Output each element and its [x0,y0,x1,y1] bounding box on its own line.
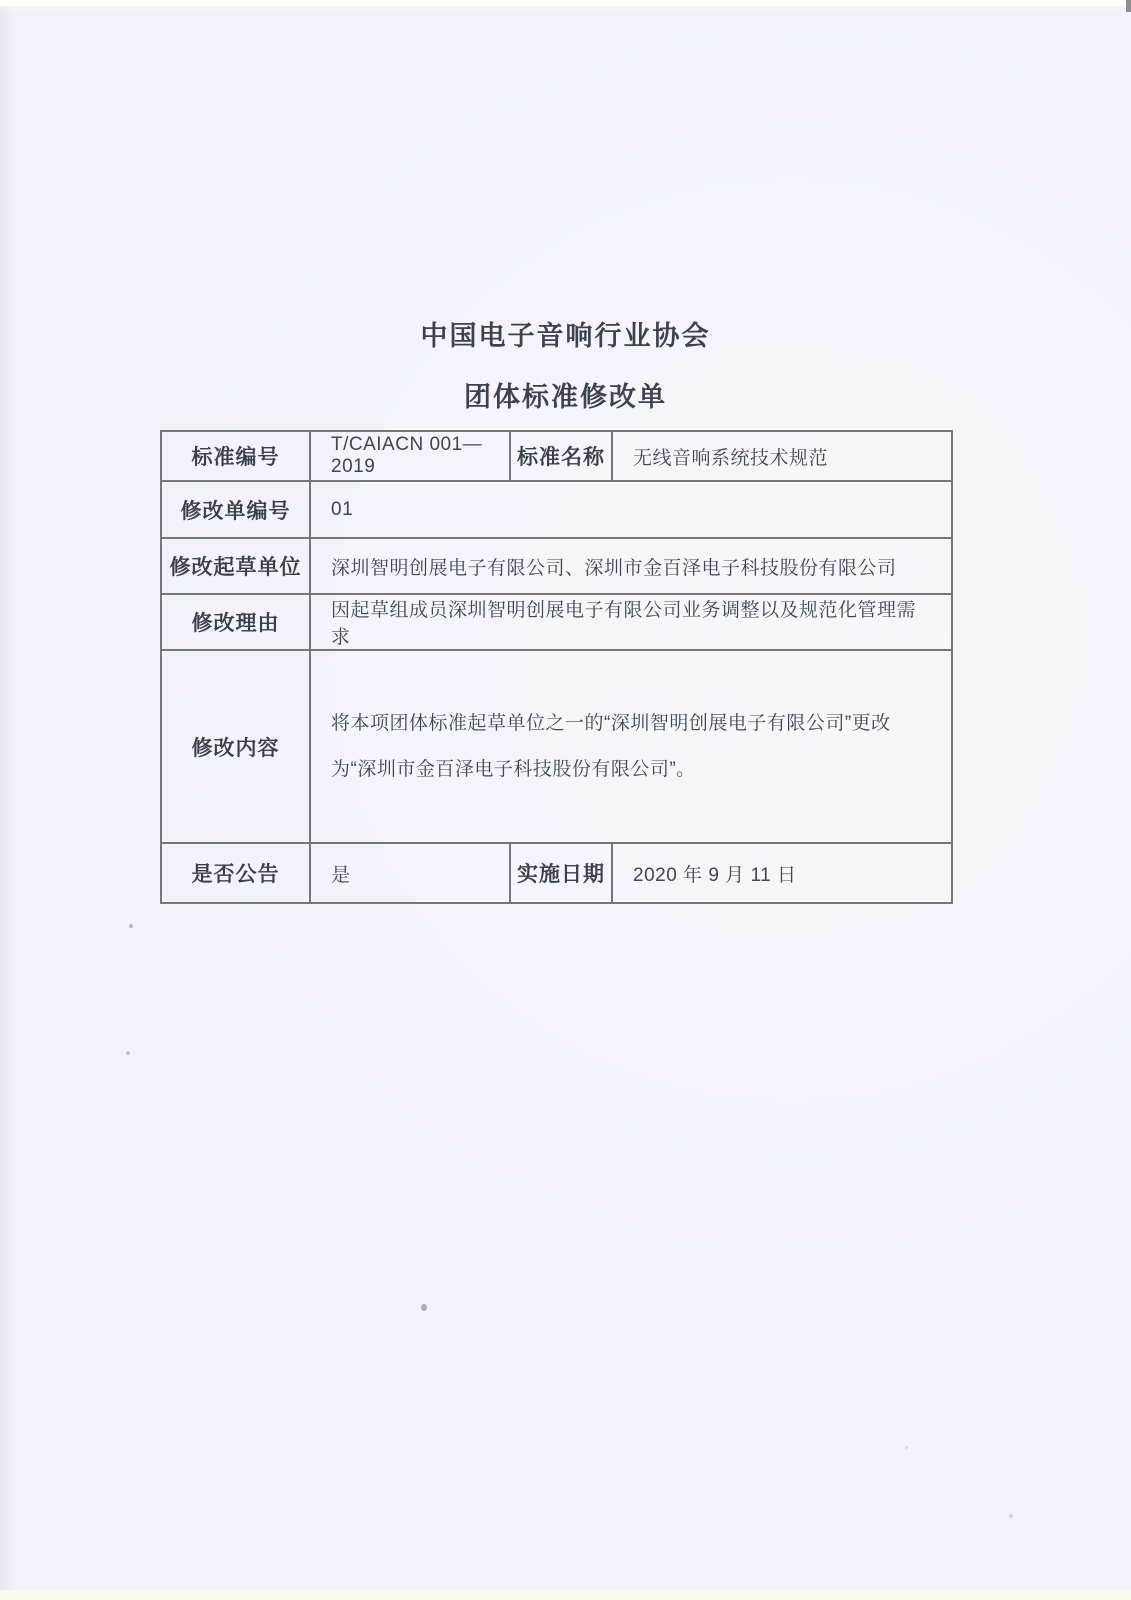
standard-name-label: 标准名称 [510,431,612,481]
document-title: 中国电子音响行业协会 [0,314,1131,353]
scanned-document-page: 中国电子音响行业协会 团体标准修改单 标准编号 T/CAIACN 001—201… [0,0,1131,1600]
scan-speck [1009,1514,1013,1518]
modification-drafting-units-value: 深圳智明创展电子有限公司、深圳市金百泽电子科技股份有限公司 [310,538,952,594]
standard-number-label: 标准编号 [161,431,310,481]
modification-reason-label: 修改理由 [161,594,310,650]
standard-number-value: T/CAIACN 001—2019 [310,431,510,481]
modification-content-value: 将本项团体标准起草单位之一的“深圳智明创展电子有限公司”更改为“深圳市金百泽电子… [310,650,952,843]
modification-content-label: 修改内容 [161,650,310,843]
scan-top-edge [0,0,1131,6]
row-modification-sheet-number: 修改单编号 01 [161,481,952,538]
scan-speck [126,1051,130,1055]
document-subtitle: 团体标准修改单 [0,375,1131,414]
is-announced-value: 是 [310,843,510,903]
modification-form-table: 标准编号 T/CAIACN 001—2019 标准名称 无线音响系统技术规范 修… [160,430,953,904]
modification-drafting-units-label: 修改起草单位 [161,538,310,594]
row-standard-number: 标准编号 T/CAIACN 001—2019 标准名称 无线音响系统技术规范 [161,431,952,481]
scan-bottom-edge [0,1590,1131,1600]
standard-name-value: 无线音响系统技术规范 [612,431,952,481]
is-announced-label: 是否公告 [161,843,310,903]
scan-speck [905,1446,908,1449]
row-modification-content: 修改内容 将本项团体标准起草单位之一的“深圳智明创展电子有限公司”更改为“深圳市… [161,650,952,843]
scan-corner-artifact [1126,0,1131,12]
modification-sheet-number-value: 01 [310,481,952,538]
scan-speck [421,1304,427,1311]
modification-reason-value: 因起草组成员深圳智明创展电子有限公司业务调整以及规范化管理需求 [310,594,952,650]
implementation-date-value: 2020 年 9 月 11 日 [612,843,952,903]
implementation-date-label: 实施日期 [510,843,612,903]
row-modification-reason: 修改理由 因起草组成员深圳智明创展电子有限公司业务调整以及规范化管理需求 [161,594,952,650]
row-modification-drafting-units: 修改起草单位 深圳智明创展电子有限公司、深圳市金百泽电子科技股份有限公司 [161,538,952,594]
row-announcement-and-date: 是否公告 是 实施日期 2020 年 9 月 11 日 [161,843,952,903]
modification-sheet-number-label: 修改单编号 [161,481,310,538]
scan-speck [129,924,133,928]
